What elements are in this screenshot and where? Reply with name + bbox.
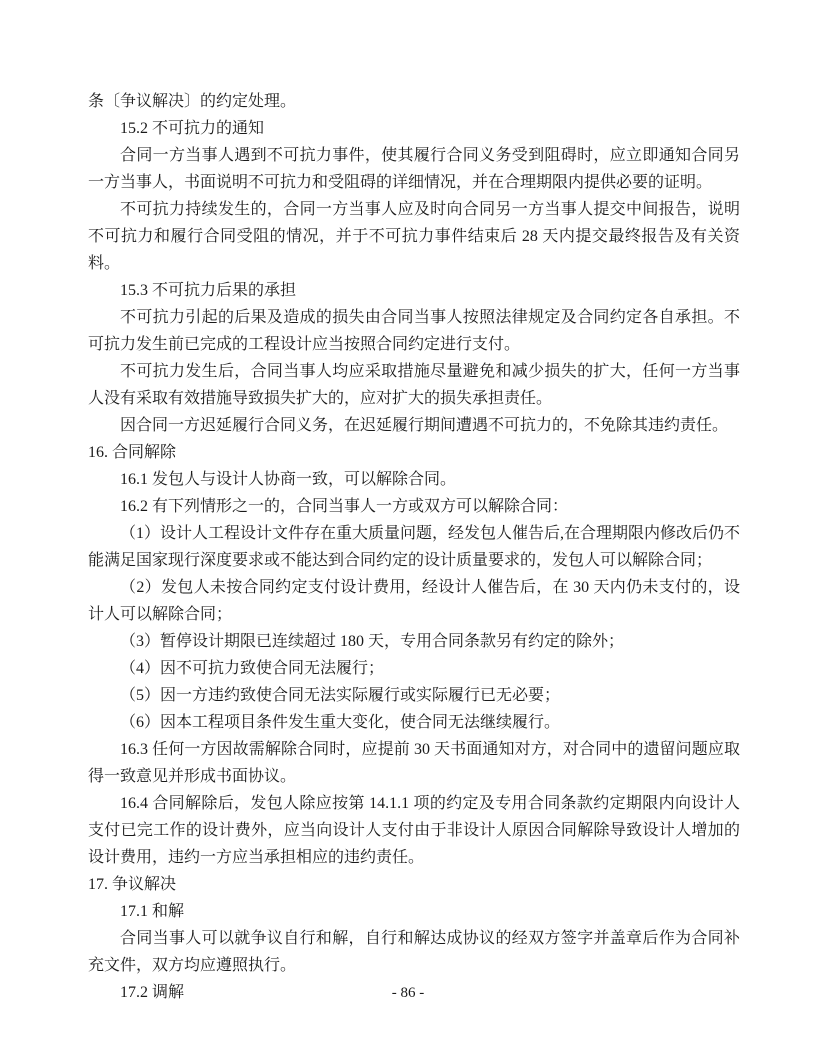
list-item-3: （3）暂停设计期限已连续超过 180 天，专用合同条款另有约定的除外； [88, 628, 740, 655]
clause-heading-15-3: 15.3 不可抗力后果的承担 [88, 277, 740, 304]
body-paragraph: 合同一方当事人遇到不可抗力事件，使其履行合同义务受到阻碍时，应立即通知合同另一方… [88, 142, 740, 196]
body-paragraph: 不可抗力引起的后果及造成的损失由合同当事人按照法律规定及合同约定各自承担。不可抗… [88, 304, 740, 358]
section-heading-16: 16. 合同解除 [88, 439, 740, 466]
body-paragraph: 因合同一方迟延履行合同义务，在迟延履行期间遭遇不可抗力的，不免除其违约责任。 [88, 412, 740, 439]
body-paragraph: 不可抗力发生后，合同当事人均应采取措施尽量避免和减少损失的扩大，任何一方当事人没… [88, 358, 740, 412]
list-item-5: （5）因一方违约致使合同无法实际履行或实际履行已无必要； [88, 682, 740, 709]
clause-paragraph-16-4: 16.4 合同解除后，发包人除应按第 14.1.1 项的约定及专用合同条款约定期… [88, 790, 740, 871]
list-item-1: （1）设计人工程设计文件存在重大质量问题，经发包人催告后,在合理期限内修改后仍不… [88, 520, 740, 574]
list-item-2: （2）发包人未按合同约定支付设计费用，经设计人催告后，在 30 天内仍未支付的，… [88, 574, 740, 628]
clause-paragraph-16-3: 16.3 任何一方因故需解除合同时，应提前 30 天书面通知对方，对合同中的遗留… [88, 736, 740, 790]
page-number: - 86 - [392, 985, 425, 1001]
clause-paragraph-16-2: 16.2 有下列情形之一的，合同当事人一方或双方可以解除合同： [88, 493, 740, 520]
document-page: 条〔争议解决〕的约定处理。15.2 不可抗力的通知合同一方当事人遇到不可抗力事件… [0, 0, 816, 1056]
clause-heading-15-2: 15.2 不可抗力的通知 [88, 115, 740, 142]
section-heading-17: 17. 争议解决 [88, 871, 740, 898]
page-footer: - 86 - [0, 983, 816, 1003]
paragraph-continuation: 条〔争议解决〕的约定处理。 [88, 88, 740, 115]
list-item-4: （4）因不可抗力致使合同无法履行； [88, 655, 740, 682]
document-body: 条〔争议解决〕的约定处理。15.2 不可抗力的通知合同一方当事人遇到不可抗力事件… [88, 88, 740, 1006]
clause-paragraph-16-1: 16.1 发包人与设计人协商一致，可以解除合同。 [88, 466, 740, 493]
list-item-6: （6）因本工程项目条件发生重大变化，使合同无法继续履行。 [88, 709, 740, 736]
body-paragraph: 合同当事人可以就争议自行和解，自行和解达成协议的经双方签字并盖章后作为合同补充文… [88, 925, 740, 979]
clause-heading-17-1: 17.1 和解 [88, 898, 740, 925]
body-paragraph: 不可抗力持续发生的，合同一方当事人应及时向合同另一方当事人提交中间报告，说明不可… [88, 196, 740, 277]
